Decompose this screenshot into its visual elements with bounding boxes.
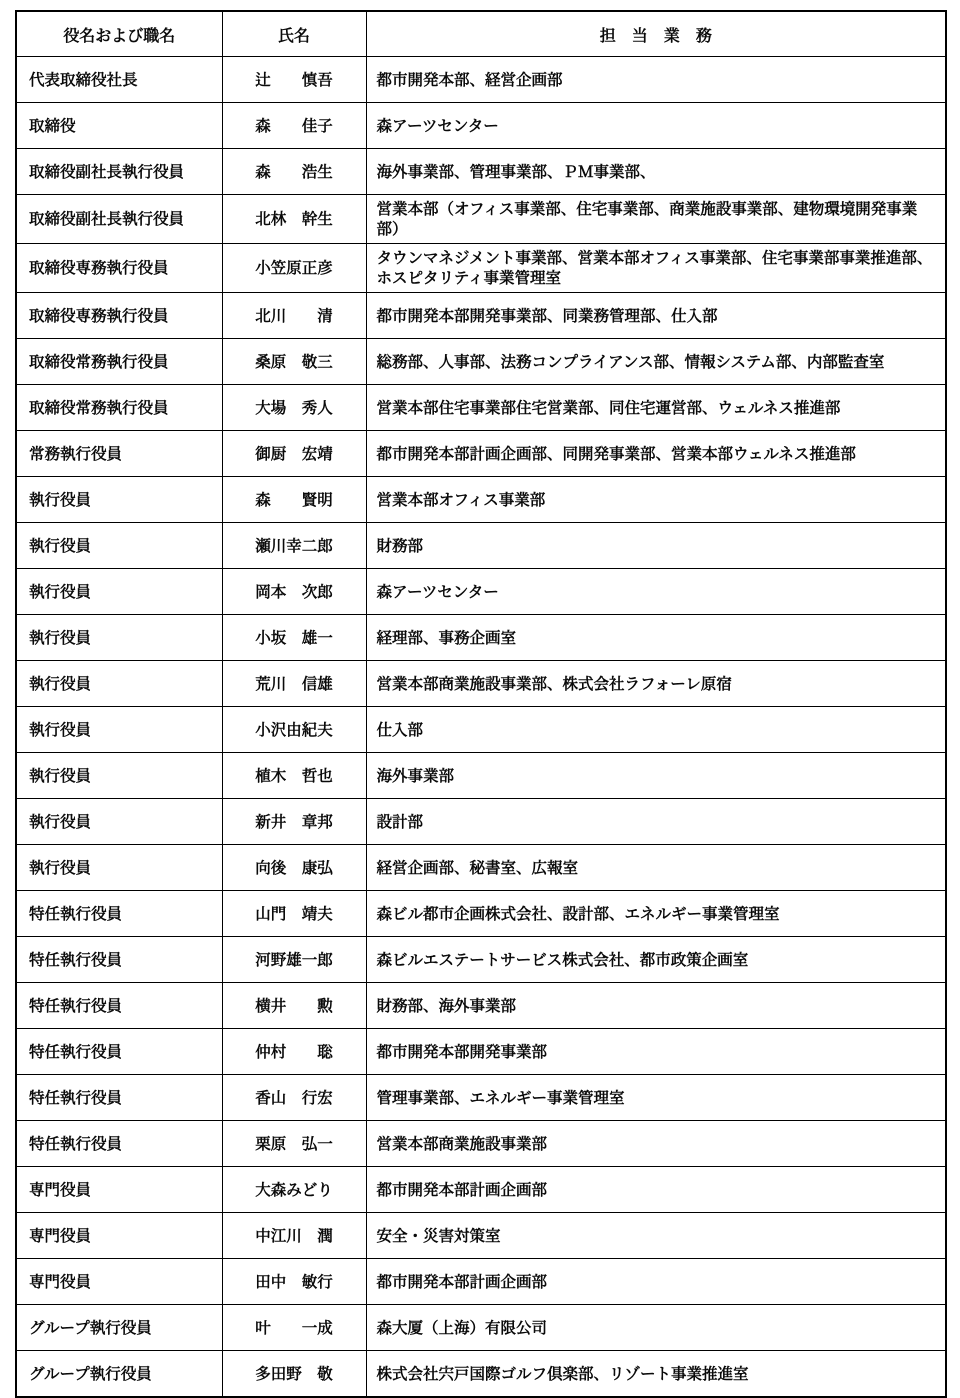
cell-duties: 都市開発本部開発事業部 [366,1029,946,1075]
table-row: 取締役専務執行役員北川 清都市開発本部開発事業部、同業務管理部、仕入部 [16,293,946,339]
cell-duties: 経営企画部、秘書室、広報室 [366,845,946,891]
cell-name: 森 浩生 [222,149,366,195]
cell-duties: 営業本部商業施設事業部、株式会社ラフォーレ原宿 [366,661,946,707]
table-row: 特任執行役員香山 行宏管理事業部、エネルギー事業管理室 [16,1075,946,1121]
cell-title: 執行役員 [16,661,222,707]
cell-duties: 森アーツセンター [366,569,946,615]
cell-name: 森 佳子 [222,103,366,149]
table-row: 特任執行役員山門 靖夫森ビル都市企画株式会社、設計部、エネルギー事業管理室 [16,891,946,937]
table-row: 取締役専務執行役員小笠原正彦タウンマネジメント事業部、営業本部オフィス事業部、住… [16,244,946,293]
table-row: 特任執行役員仲村 聡都市開発本部開発事業部 [16,1029,946,1075]
cell-title: 取締役副社長執行役員 [16,149,222,195]
cell-duties: 森アーツセンター [366,103,946,149]
cell-title: 執行役員 [16,477,222,523]
cell-name: 小沢由紀夫 [222,707,366,753]
cell-title: 専門役員 [16,1167,222,1213]
cell-duties: 営業本部オフィス事業部 [366,477,946,523]
cell-duties: 経理部、事務企画室 [366,615,946,661]
cell-duties: 財務部、海外事業部 [366,983,946,1029]
cell-duties: 森ビルエステートサービス株式会社、都市政策企画室 [366,937,946,983]
cell-title: 特任執行役員 [16,891,222,937]
cell-title: 取締役専務執行役員 [16,244,222,293]
cell-duties: タウンマネジメント事業部、営業本部オフィス事業部、住宅事業部事業推進部、ホスピタ… [366,244,946,293]
cell-name: 御厨 宏靖 [222,431,366,477]
cell-name: 桑原 敬三 [222,339,366,385]
cell-title: 取締役 [16,103,222,149]
cell-title: 特任執行役員 [16,1029,222,1075]
cell-name: 栗原 弘一 [222,1121,366,1167]
cell-duties: 営業本部（オフィス事業部、住宅事業部、商業施設事業部、建物環境開発事業部） [366,195,946,244]
cell-name: 横井 勲 [222,983,366,1029]
cell-name: 小坂 雄一 [222,615,366,661]
table-row: 執行役員岡本 次郎森アーツセンター [16,569,946,615]
cell-title: グループ執行役員 [16,1351,222,1398]
table-row: グループ執行役員叶 一成森大厦（上海）有限公司 [16,1305,946,1351]
cell-title: 執行役員 [16,845,222,891]
cell-title: 特任執行役員 [16,1121,222,1167]
cell-title: 執行役員 [16,569,222,615]
table-row: 執行役員向後 康弘経営企画部、秘書室、広報室 [16,845,946,891]
table-row: 特任執行役員河野雄一郎森ビルエステートサービス株式会社、都市政策企画室 [16,937,946,983]
cell-name: 森 賢明 [222,477,366,523]
cell-name: 北川 清 [222,293,366,339]
header-row: 役名および職名 氏名 担 当 業 務 [16,11,946,57]
cell-duties: 都市開発本部計画企画部 [366,1259,946,1305]
table-row: 特任執行役員横井 勲財務部、海外事業部 [16,983,946,1029]
cell-title: 取締役副社長執行役員 [16,195,222,244]
cell-duties: 都市開発本部、経営企画部 [366,57,946,103]
table-row: 取締役常務執行役員大場 秀人営業本部住宅事業部住宅営業部、同住宅運営部、ウェルネ… [16,385,946,431]
cell-title: 執行役員 [16,753,222,799]
cell-duties: 都市開発本部計画企画部、同開発事業部、営業本部ウェルネス推進部 [366,431,946,477]
table-row: 執行役員森 賢明営業本部オフィス事業部 [16,477,946,523]
cell-title: 執行役員 [16,799,222,845]
document-page: 役名および職名 氏名 担 当 業 務 代表取締役社長辻 慎吾都市開発本部、経営企… [0,0,960,1200]
cell-duties: 管理事業部、エネルギー事業管理室 [366,1075,946,1121]
header-title-position: 役名および職名 [16,11,222,57]
cell-title: 取締役常務執行役員 [16,385,222,431]
table-row: 執行役員小沢由紀夫仕入部 [16,707,946,753]
cell-title: 代表取締役社長 [16,57,222,103]
cell-title: 特任執行役員 [16,937,222,983]
cell-duties: 森ビル都市企画株式会社、設計部、エネルギー事業管理室 [366,891,946,937]
cell-name: 仲村 聡 [222,1029,366,1075]
table-row: 専門役員中江川 潤安全・災害対策室 [16,1213,946,1259]
table-row: グループ執行役員多田野 敬株式会社宍戸国際ゴルフ倶楽部、リゾート事業推進室 [16,1351,946,1398]
table-row: 常務執行役員御厨 宏靖都市開発本部計画企画部、同開発事業部、営業本部ウェルネス推… [16,431,946,477]
cell-title: 取締役専務執行役員 [16,293,222,339]
cell-name: 植木 哲也 [222,753,366,799]
cell-name: 大場 秀人 [222,385,366,431]
cell-title: 常務執行役員 [16,431,222,477]
officers-table: 役名および職名 氏名 担 当 業 務 代表取締役社長辻 慎吾都市開発本部、経営企… [15,10,947,1398]
cell-title: 取締役常務執行役員 [16,339,222,385]
cell-duties: 海外事業部、管理事業部、ＰＭ事業部、 [366,149,946,195]
cell-name: 岡本 次郎 [222,569,366,615]
cell-name: 河野雄一郎 [222,937,366,983]
table-row: 執行役員小坂 雄一経理部、事務企画室 [16,615,946,661]
table-row: 専門役員田中 敏行都市開発本部計画企画部 [16,1259,946,1305]
cell-duties: 財務部 [366,523,946,569]
cell-name: 大森みどり [222,1167,366,1213]
table-row: 執行役員荒川 信雄営業本部商業施設事業部、株式会社ラフォーレ原宿 [16,661,946,707]
header-duties: 担 当 業 務 [366,11,946,57]
table-row: 取締役副社長執行役員北林 幹生営業本部（オフィス事業部、住宅事業部、商業施設事業… [16,195,946,244]
cell-duties: 森大厦（上海）有限公司 [366,1305,946,1351]
cell-duties: 都市開発本部開発事業部、同業務管理部、仕入部 [366,293,946,339]
cell-duties: 仕入部 [366,707,946,753]
cell-title: 執行役員 [16,523,222,569]
cell-duties: 設計部 [366,799,946,845]
header-name: 氏名 [222,11,366,57]
cell-name: 小笠原正彦 [222,244,366,293]
cell-name: 中江川 潤 [222,1213,366,1259]
cell-name: 叶 一成 [222,1305,366,1351]
cell-name: 北林 幹生 [222,195,366,244]
table-row: 執行役員新井 章邦設計部 [16,799,946,845]
cell-title: 専門役員 [16,1259,222,1305]
cell-name: 香山 行宏 [222,1075,366,1121]
table-row: 執行役員植木 哲也海外事業部 [16,753,946,799]
cell-title: 特任執行役員 [16,1075,222,1121]
table-row: 取締役副社長執行役員森 浩生海外事業部、管理事業部、ＰＭ事業部、 [16,149,946,195]
cell-duties: 株式会社宍戸国際ゴルフ倶楽部、リゾート事業推進室 [366,1351,946,1398]
cell-title: 特任執行役員 [16,983,222,1029]
cell-name: 瀬川幸二郎 [222,523,366,569]
table-body: 代表取締役社長辻 慎吾都市開発本部、経営企画部取締役森 佳子森アーツセンター取締… [16,57,946,1398]
table-row: 取締役森 佳子森アーツセンター [16,103,946,149]
cell-duties: 海外事業部 [366,753,946,799]
table-row: 特任執行役員栗原 弘一営業本部商業施設事業部 [16,1121,946,1167]
cell-name: 荒川 信雄 [222,661,366,707]
table-row: 代表取締役社長辻 慎吾都市開発本部、経営企画部 [16,57,946,103]
cell-title: 執行役員 [16,615,222,661]
cell-title: グループ執行役員 [16,1305,222,1351]
cell-name: 辻 慎吾 [222,57,366,103]
cell-duties: 総務部、人事部、法務コンプライアンス部、情報システム部、内部監査室 [366,339,946,385]
table-header: 役名および職名 氏名 担 当 業 務 [16,11,946,57]
cell-name: 多田野 敬 [222,1351,366,1398]
cell-title: 執行役員 [16,707,222,753]
cell-name: 新井 章邦 [222,799,366,845]
table-row: 取締役常務執行役員桑原 敬三総務部、人事部、法務コンプライアンス部、情報システム… [16,339,946,385]
cell-title: 専門役員 [16,1213,222,1259]
table-row: 専門役員大森みどり都市開発本部計画企画部 [16,1167,946,1213]
cell-duties: 都市開発本部計画企画部 [366,1167,946,1213]
cell-name: 山門 靖夫 [222,891,366,937]
cell-name: 向後 康弘 [222,845,366,891]
cell-duties: 安全・災害対策室 [366,1213,946,1259]
cell-duties: 営業本部住宅事業部住宅営業部、同住宅運営部、ウェルネス推進部 [366,385,946,431]
cell-duties: 営業本部商業施設事業部 [366,1121,946,1167]
table-row: 執行役員瀬川幸二郎財務部 [16,523,946,569]
cell-name: 田中 敏行 [222,1259,366,1305]
